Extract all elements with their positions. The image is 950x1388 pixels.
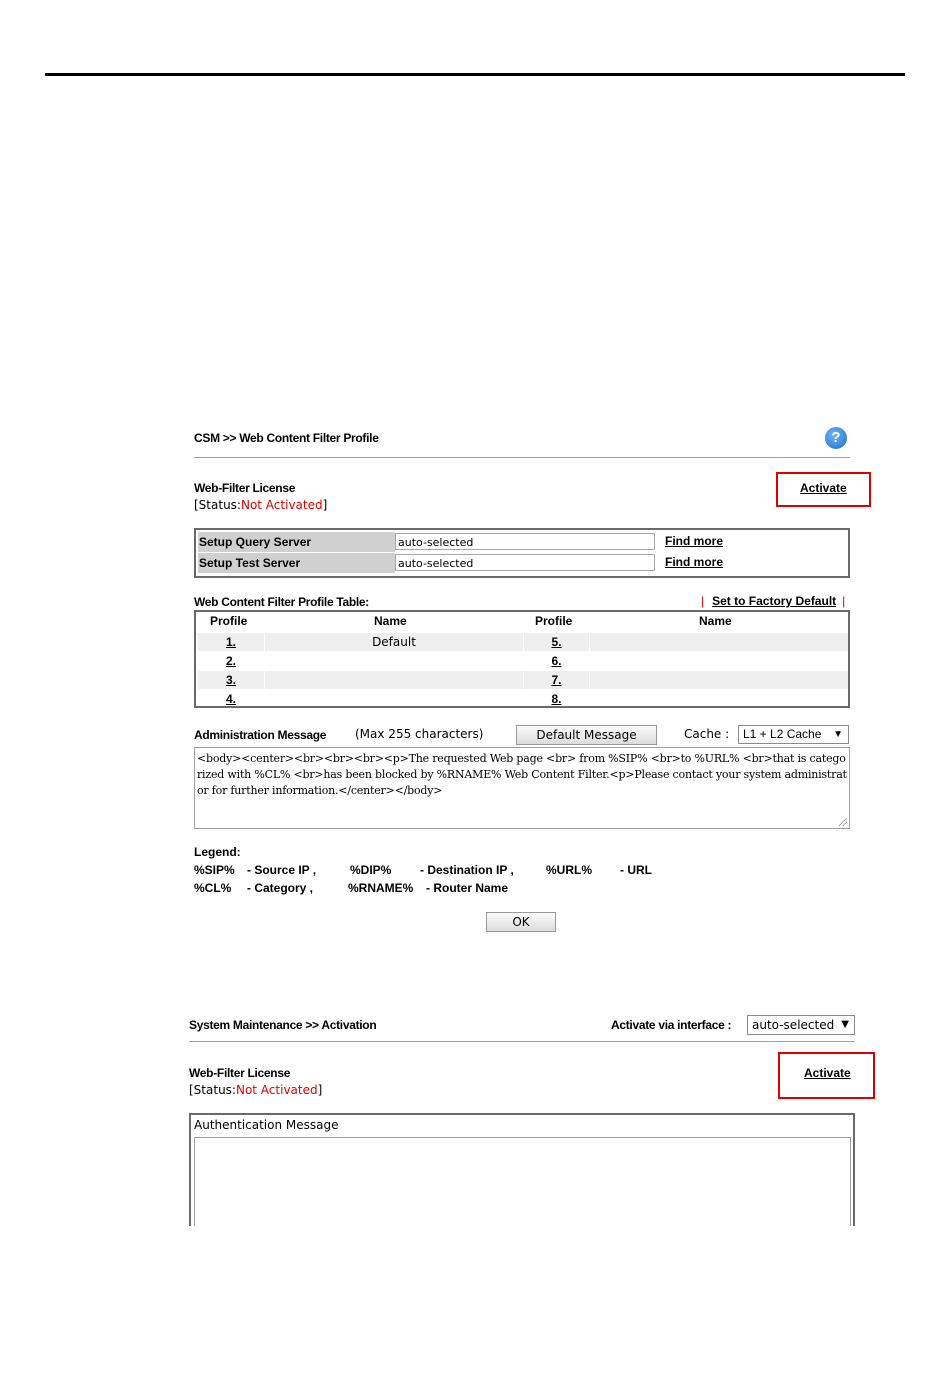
header-profile: Profile [210, 614, 247, 628]
profile-link[interactable]: 4. [198, 690, 264, 708]
status-value: Not Activated [241, 498, 323, 512]
legend-desc: - Router Name [426, 881, 508, 895]
interface-value: auto-selected [752, 1018, 834, 1032]
interface-label: Activate via interface : [611, 1018, 731, 1032]
legend-title: Legend: [194, 845, 241, 859]
table-row: 3.7. [198, 671, 848, 689]
chevron-down-icon: ▼ [841, 1016, 849, 1034]
query-server-input[interactable]: auto-selected [395, 533, 655, 550]
activation-breadcrumb: System Maintenance >> Activation [189, 1018, 376, 1032]
license-title: Web-Filter License [189, 1066, 290, 1080]
max-chars-note: (Max 255 characters) [355, 727, 483, 741]
legend-code: %RNAME% [348, 881, 413, 895]
legend-code: %DIP% [350, 863, 391, 877]
profile-name [265, 690, 523, 708]
license-status: [Status:Not Activated] [189, 1083, 322, 1097]
resize-grip-icon[interactable] [839, 818, 847, 826]
test-server-label: Setup Test Server [198, 553, 395, 573]
separator: | [842, 594, 845, 608]
profile-name [265, 652, 523, 670]
status-value: Not Activated [236, 1083, 318, 1097]
header-name: Name [374, 614, 407, 628]
legend-code: %URL% [546, 863, 592, 877]
activate-link[interactable]: Activate [804, 1066, 851, 1080]
profile-name [265, 671, 523, 689]
authentication-panel: Authentication Message [189, 1113, 855, 1243]
activate-link[interactable]: Activate [800, 481, 847, 495]
legend-desc: - URL [620, 863, 652, 877]
profile-link[interactable]: 6. [524, 652, 589, 670]
page-breadcrumb: CSM >> Web Content Filter Profile [194, 431, 379, 445]
server-settings: Setup Query Server auto-selected Find mo… [194, 528, 850, 578]
profile-link[interactable]: 7. [524, 671, 589, 689]
query-server-label: Setup Query Server [198, 532, 395, 552]
interface-select[interactable]: auto-selected▼ [747, 1015, 855, 1035]
query-server-find-more[interactable]: Find more [665, 534, 723, 548]
admin-message-textarea[interactable]: <body><center><br><br><br><p>The request… [194, 747, 850, 829]
profile-table-title: Web Content Filter Profile Table: [194, 595, 369, 609]
profile-name [590, 690, 848, 708]
top-rule [45, 73, 905, 76]
divider [194, 457, 850, 458]
legend-desc: - Category , [247, 881, 313, 895]
license-status: [Status:Not Activated] [194, 498, 327, 512]
header-name: Name [699, 614, 732, 628]
profile-link[interactable]: 2. [198, 652, 264, 670]
profile-link[interactable]: 3. [198, 671, 264, 689]
profile-name: Default [265, 633, 523, 651]
separator: | [701, 594, 704, 608]
status-prefix: [Status: [189, 1083, 236, 1097]
chevron-down-icon: ▼ [833, 726, 843, 743]
profile-name [590, 671, 848, 689]
header-profile: Profile [535, 614, 572, 628]
ok-button[interactable]: OK [486, 912, 556, 932]
cutoff-mask [180, 1226, 870, 1246]
legend-desc: - Destination IP , [420, 863, 514, 877]
profile-link[interactable]: 1. [198, 633, 264, 651]
profile-link[interactable]: 8. [524, 690, 589, 708]
profile-link[interactable]: 5. [524, 633, 589, 651]
auth-label: Authentication Message [194, 1118, 339, 1132]
factory-default-group: |Set to Factory Default| [701, 594, 845, 608]
profile-name [590, 633, 848, 651]
table-row: 2.6. [198, 652, 848, 670]
license-title: Web-Filter License [194, 481, 295, 495]
cache-label: Cache : [684, 727, 729, 741]
legend-desc: - Source IP , [247, 863, 316, 877]
cache-value: L1 + L2 Cache [743, 727, 821, 741]
legend-code: %SIP% [194, 863, 235, 877]
admin-message-label: Administration Message [194, 728, 326, 742]
default-message-button[interactable]: Default Message [516, 725, 657, 745]
table-row: 1.Default5. [198, 633, 848, 651]
status-suffix: ] [318, 1083, 323, 1097]
admin-message-text: <body><center><br><br><br><p>The request… [197, 752, 847, 797]
divider [189, 1041, 855, 1042]
factory-default-link[interactable]: Set to Factory Default [712, 594, 836, 608]
status-prefix: [Status: [194, 498, 241, 512]
status-suffix: ] [323, 498, 328, 512]
profile-table: Profile Name Profile Name 1.Default5.2.6… [194, 610, 850, 708]
test-server-find-more[interactable]: Find more [665, 555, 723, 569]
profile-name [590, 652, 848, 670]
legend-code: %CL% [194, 881, 231, 895]
test-server-input[interactable]: auto-selected [395, 554, 655, 571]
table-row: 4.8. [198, 690, 848, 708]
help-icon[interactable]: ? [825, 427, 847, 449]
cache-select[interactable]: L1 + L2 Cache▼ [738, 725, 849, 744]
